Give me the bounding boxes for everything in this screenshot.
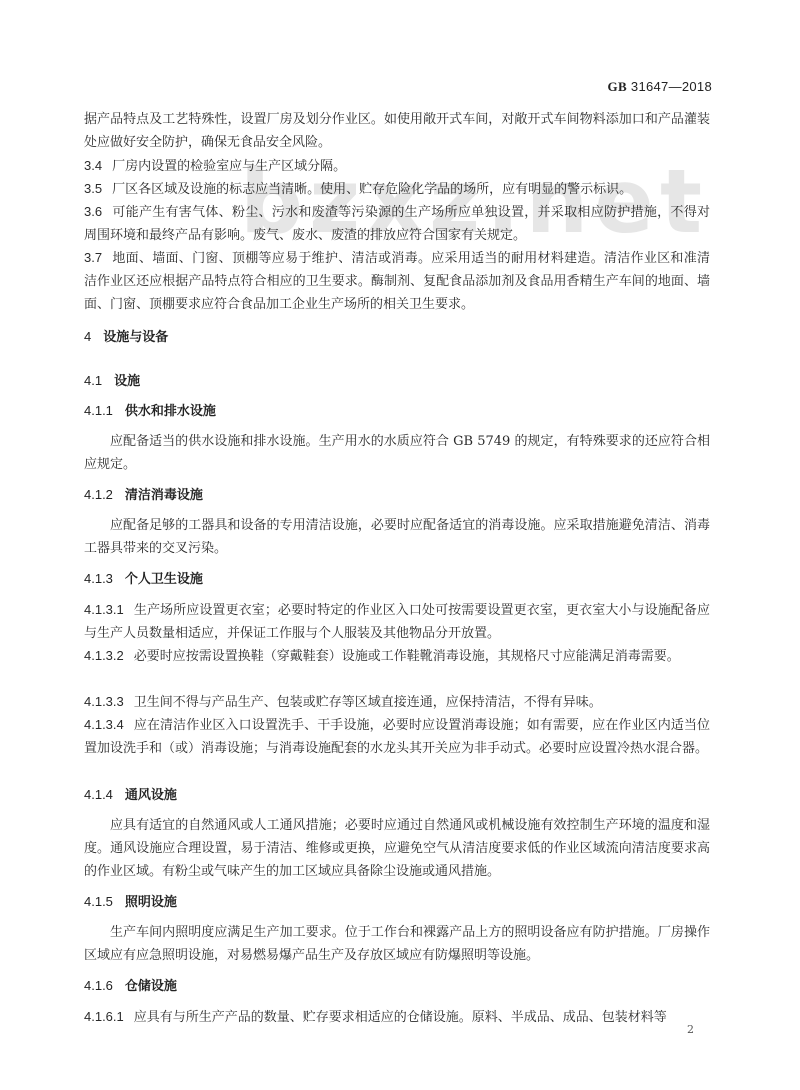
clause-number: 4.1.6.1 (84, 1009, 124, 1024)
paragraph-text: 必要时应按需设置换鞋（穿戴鞋套）设施或工作鞋靴消毒设施，其规格尺寸应能满足消毒需… (134, 649, 680, 664)
heading-text: 清洁消毒设施 (125, 488, 203, 503)
clause-paragraph: 4.1.3.2必要时应按需设置换鞋（穿戴鞋套）设施或工作鞋靴消毒设施，其规格尺寸… (84, 644, 710, 668)
heading-text: 设施 (114, 374, 140, 389)
paragraph-text: 应配备足够的工器具和设备的专用清洁设施，必要时应配备适宜的消毒设施。应采取措施避… (84, 518, 710, 556)
section-heading: 4.1.5照明设施 (84, 891, 710, 910)
paragraph-text: 可能产生有害气体、粉尘、污水和废渣等污染源的生产场所应单独设置，并采取相应防护措… (84, 205, 710, 243)
section-heading: 4.1.1供水和排水设施 (84, 400, 710, 419)
paragraph-text: 厂区各区域及设施的标志应当清晰。使用、贮存危险化学品的场所，应有明显的警示标识。 (112, 182, 632, 197)
heading-text: 设施与设备 (103, 330, 168, 345)
paragraph-text: 据产品特点及工艺特殊性，设置厂房及划分作业区。如使用敞开式车间，对敞开式车间物料… (84, 112, 710, 150)
heading-text: 仓储设施 (125, 979, 177, 994)
paragraph-text: 生产场所应设置更衣室；必要时特定的作业区入口处可按需要设置更衣室，更衣室大小与设… (84, 603, 710, 641)
paragraph-text: 应在清洁作业区入口设置洗手、干手设施，必要时应设置消毒设施；如有需要，应在作业区… (84, 718, 710, 756)
section-heading: 4.1.3个人卫生设施 (84, 568, 710, 587)
clause-number: 3.4 (84, 158, 102, 173)
paragraph-text: 地面、墙面、门窗、顶棚等应易于维护、清洁或消毒。应采用适当的耐用材料建造。清洁作… (84, 251, 710, 312)
clause-paragraph: 3.4厂房内设置的检验室应与生产区域分隔。 (84, 154, 710, 178)
clause-paragraph: 4.1.3.3卫生间不得与产品生产、包装或贮存等区域直接连通，应保持清洁，不得有… (84, 690, 710, 714)
paragraph-text: 应配备适当的供水设施和排水设施。生产用水的水质应符合 GB 5749 的规定，有… (84, 434, 710, 472)
section-heading: 4.1设施 (84, 370, 710, 389)
clause-number: 3.6 (84, 204, 102, 219)
clause-paragraph: 4.1.3.4应在清洁作业区入口设置洗手、干手设施，必要时应设置消毒设施；如有需… (84, 713, 710, 760)
heading-text: 通风设施 (125, 788, 177, 803)
standard-code: GB31647—2018 (608, 79, 712, 95)
section-heading: 4.1.4通风设施 (84, 784, 710, 803)
paragraph-text: 应具有与所生产产品的数量、贮存要求相适应的仓储设施。原料、半成品、成品、包装材料… (134, 1010, 667, 1025)
clause-number: 4 (84, 329, 91, 344)
clause-number: 4.1.3.3 (84, 694, 124, 709)
clause-number: 3.7 (84, 250, 102, 265)
section-heading: 4.1.6仓储设施 (84, 975, 710, 994)
body-paragraph: 生产车间内照明度应满足生产加工要求。位于工作台和裸露产品上方的照明设备应有防护措… (84, 921, 710, 967)
heading-text: 个人卫生设施 (125, 572, 203, 587)
clause-paragraph: 4.1.6.1应具有与所生产产品的数量、贮存要求相适应的仓储设施。原料、半成品、… (84, 1005, 710, 1029)
section-heading: 4设施与设备 (84, 326, 710, 345)
clause-number: 4.1.3 (84, 571, 113, 586)
body-paragraph: 应配备足够的工器具和设备的专用清洁设施，必要时应配备适宜的消毒设施。应采取措施避… (84, 514, 710, 560)
clause-paragraph: 3.5厂区各区域及设施的标志应当清晰。使用、贮存危险化学品的场所，应有明显的警示… (84, 177, 710, 201)
clause-number: 4.1.1 (84, 403, 113, 418)
body-paragraph: 应具有适宜的自然通风或人工通风措施；必要时应通过自然通风或机械设施有效控制生产环… (84, 814, 710, 883)
clause-number: 4.1.2 (84, 487, 113, 502)
standard-number: 31647—2018 (631, 79, 712, 94)
paragraph-text: 厂房内设置的检验室应与生产区域分隔。 (112, 159, 346, 174)
clause-number: 3.5 (84, 181, 102, 196)
clause-number: 4.1 (84, 373, 102, 388)
heading-text: 照明设施 (125, 895, 177, 910)
standard-prefix: GB (608, 79, 627, 94)
clause-paragraph: 3.7地面、墙面、门窗、顶棚等应易于维护、清洁或消毒。应采用适当的耐用材料建造。… (84, 246, 710, 316)
body-paragraph: 应配备适当的供水设施和排水设施。生产用水的水质应符合 GB 5749 的规定，有… (84, 430, 710, 476)
paragraph-text: 生产车间内照明度应满足生产加工要求。位于工作台和裸露产品上方的照明设备应有防护措… (84, 925, 710, 963)
clause-number: 4.1.3.1 (84, 602, 124, 617)
body-paragraph: 据产品特点及工艺特殊性，设置厂房及划分作业区。如使用敞开式车间，对敞开式车间物料… (84, 108, 710, 154)
heading-text: 供水和排水设施 (125, 404, 216, 419)
clause-paragraph: 3.6可能产生有害气体、粉尘、污水和废渣等污染源的生产场所应单独设置，并采取相应… (84, 200, 710, 247)
document-page: GB31647—2018 bzxz.net 据产品特点及工艺特殊性，设置厂房及划… (0, 0, 800, 1090)
section-heading: 4.1.2清洁消毒设施 (84, 484, 710, 503)
clause-number: 4.1.3.4 (84, 717, 124, 732)
paragraph-text: 应具有适宜的自然通风或人工通风措施；必要时应通过自然通风或机械设施有效控制生产环… (84, 818, 710, 879)
clause-number: 4.1.3.2 (84, 648, 124, 663)
clause-number: 4.1.5 (84, 894, 113, 909)
paragraph-text: 卫生间不得与产品生产、包装或贮存等区域直接连通，应保持清洁，不得有异味。 (134, 695, 602, 710)
clause-paragraph: 4.1.3.1生产场所应设置更衣室；必要时特定的作业区入口处可按需要设置更衣室，… (84, 598, 710, 645)
clause-number: 4.1.4 (84, 787, 113, 802)
clause-number: 4.1.6 (84, 978, 113, 993)
